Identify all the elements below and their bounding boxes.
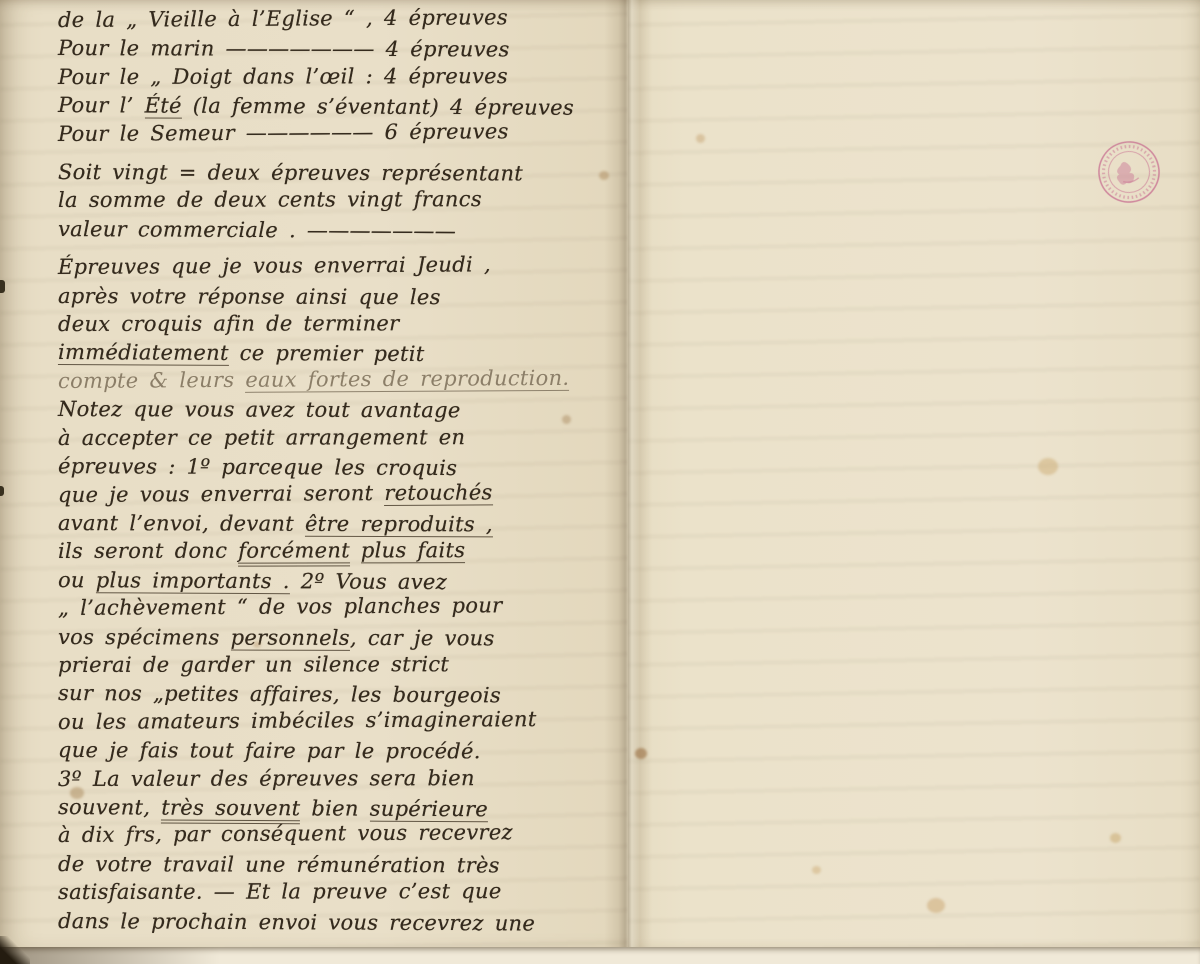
letter-line: dans le prochain envoi vous recevrez une [58,907,618,938]
letter-line: ou les amateurs imbéciles s’imagineraien… [58,704,618,736]
letter-line: vos spécimens personnels, car je vous [58,623,618,653]
edge-notch [0,486,4,496]
letter-line: Pour le „ Doigt dans l’œil : 4 épreuves [58,62,618,92]
letter-scan: de la „ Vieille à l’Eglise “ , 4 épreuve… [0,0,1200,964]
letter-line: que je vous enverrai seront retouchés [58,477,618,509]
letter-line: Épreuves que je vous enverrai Jeudi , [58,250,618,282]
letter-line: de la „ Vieille à l’Eglise “ , 4 épreuve… [58,3,618,35]
letter-line: que je fais tout faire par le procédé. [58,736,618,766]
letter-line: deux croquis afin de terminer [58,309,618,339]
letter-line: à accepter ce petit arrangement en [58,423,618,453]
letter-line: la somme de deux cents vingt francs [58,185,618,215]
letter-line: de votre travail une rémunération très [58,850,618,880]
left-page: de la „ Vieille à l’Eglise “ , 4 épreuve… [0,0,628,948]
letter-line: après votre réponse ainsi que les [58,282,618,312]
letter-line: ils seront donc forcément plus faits [58,536,618,566]
letter-line: prierai de garder un silence strict [58,650,618,680]
left-page-text: de la „ Vieille à l’Eglise “ , 4 épreuve… [58,6,618,935]
letter-line: compte & leurs eaux fortes de reproducti… [58,363,618,395]
letter-line: Soit vingt = deux épreuves représentant [58,158,618,188]
edge-notch [0,280,5,293]
letter-line: 3º La valeur des épreuves sera bien [58,763,618,793]
letter-line: „ l’achèvement “ de vos planches pour [58,591,618,623]
letter-line: valeur commerciale . ——————— [58,215,618,246]
letter-line: avant l’envoi, devant être reproduits , [58,509,618,539]
letter-line: Pour le Semeur —————— 6 épreuves [58,116,618,148]
dark-corner [0,936,30,964]
letter-line: Notez que vous avez tout avantage [58,395,618,425]
paper-edge-bottom [0,947,1200,964]
letter-line: à dix frs, par conséquent vous recevrez [58,818,618,850]
letter-line: satisfaisante. — Et la preuve c’est que [58,877,618,907]
letter-line: Pour le marin ——————— 4 épreuves [58,34,618,64]
